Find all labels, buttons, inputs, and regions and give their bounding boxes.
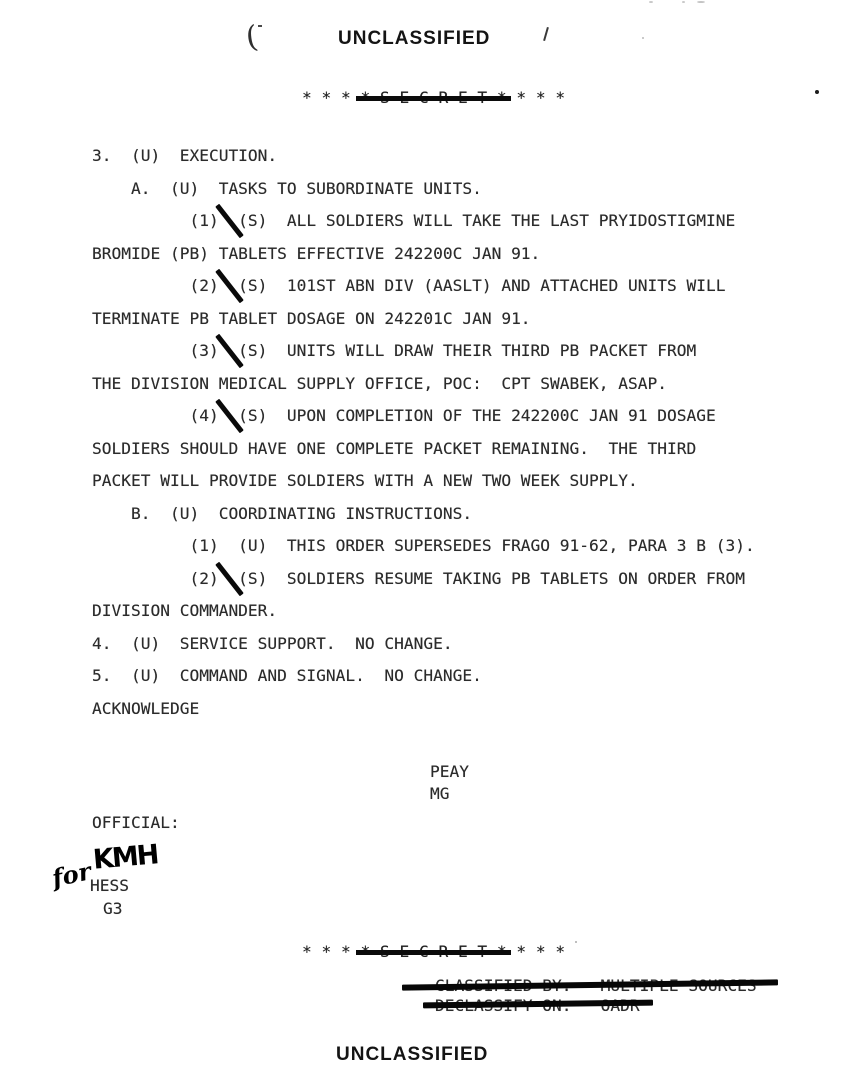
pen-curl-dot-artifact [258,25,262,27]
official-label: OFFICIAL: [92,813,180,832]
bottom-classification-marking: UNCLASSIFIED [336,1044,488,1066]
scan-dot-artifact [815,90,819,94]
document-page: UNCLASSIFIED ( * * * * S E C R E T * * *… [0,0,850,1081]
struck-secret-text: * S E C R E T * [360,944,506,960]
banner-asterisks-right: * * * [507,88,565,107]
signer-name: HESS [90,876,129,895]
handwritten-initials: KMH [92,839,159,875]
struck-secret-text: * S E C R E T * [360,90,506,106]
scan-speck-artifact [649,1,653,3]
secret-banner-bottom: * * * * S E C R E T * * * * [302,944,565,960]
signature-name: PEAY [430,762,469,781]
signer-section: G3 [103,899,123,918]
secret-banner-top: * * * * S E C R E T * * * * [302,90,565,106]
top-classification-marking: UNCLASSIFIED [338,28,490,50]
banner-asterisks-left: * * * [302,942,360,961]
scan-speck-artifact [575,941,577,943]
banner-asterisks-right: * * * [507,942,565,961]
scan-tick-artifact [543,27,549,41]
banner-asterisks-left: * * * [302,88,360,107]
scan-speck-artifact [682,1,685,3]
signature-rank: MG [430,784,450,803]
order-body-text: 3. (U) EXECUTION. A. (U) TASKS TO SUBORD… [92,140,755,725]
scan-speck-artifact [642,37,644,39]
handwritten-for: for [49,856,93,892]
scan-speck-artifact [697,1,705,3]
